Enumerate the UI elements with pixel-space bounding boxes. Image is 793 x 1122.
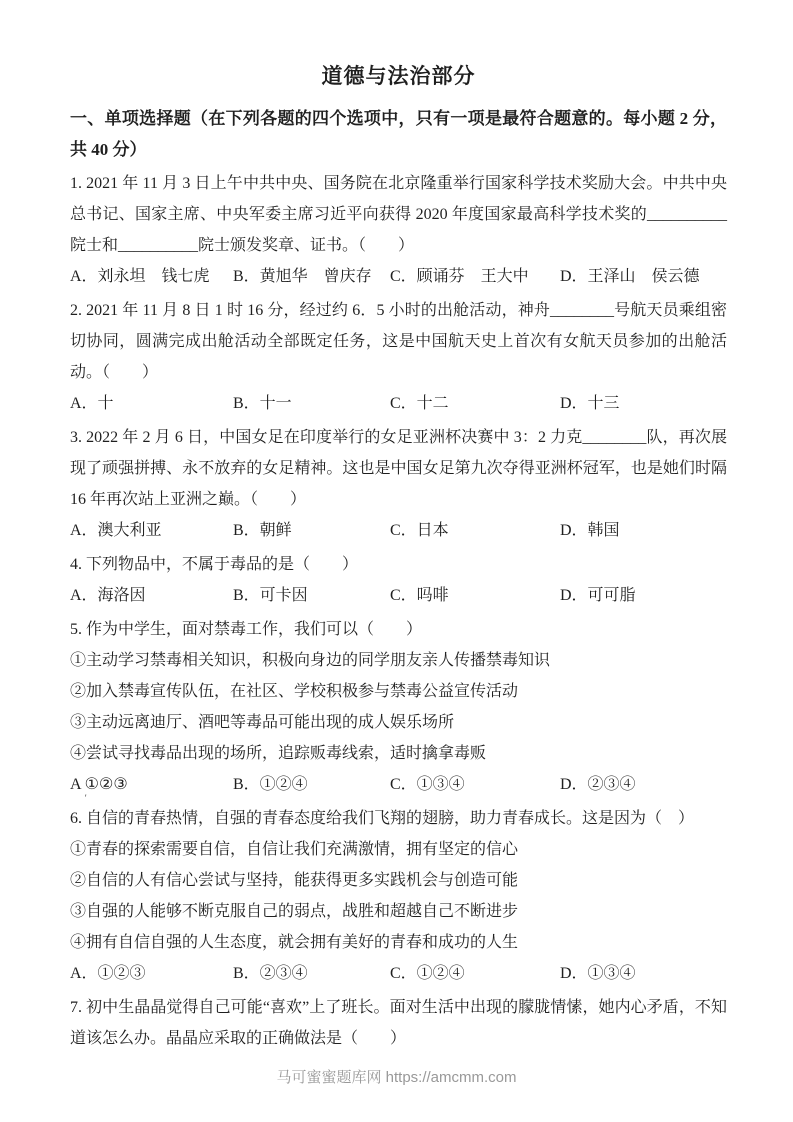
watermark-footer: 马可蜜蜜题库网 https://amcmm.com [0,1066,793,1087]
question-6-item-2: ②自信的人有信心尝试与坚持，能获得更多实践机会与创造可能 [70,865,727,896]
option-a: A．海洛因 [70,580,233,611]
question-2-text: 2. 2021 年 11 月 8 日 1 时 16 分，经过约 6．5 小时的出… [70,295,727,388]
question-7-text: 7. 初中生晶晶觉得自己可能“喜欢”上了班长。面对生活中出现的朦胧情愫，她内心矛… [70,992,727,1054]
option-a: A．刘永坦 钱七虎 [70,261,233,292]
question-5-options: A ①②③ B．①②④ C．①③④ D．②③④ [70,769,727,800]
section-heading: 一、单项选择题（在下列各题的四个选项中，只有一项是最符合题意的。每小题 2 分，… [70,103,727,165]
option-d: D．王泽山 侯云德 [560,261,727,292]
question-7: 7. 初中生晶晶觉得自己可能“喜欢”上了班长。面对生活中出现的朦胧情愫，她内心矛… [70,992,727,1054]
question-1: 1. 2021 年 11 月 3 日上午中共中央、国务院在北京隆重举行国家科学技… [70,168,727,292]
option-d: D．①③④ [560,958,727,989]
question-3-options: A．澳大利亚 B．朝鲜 C．日本 D．韩国 [70,515,727,546]
question-3-text: 3. 2022 年 2 月 6 日，中国女足在印度举行的女足亚洲杯决赛中 3：2… [70,422,727,515]
question-6: 6. 自信的青春热情，自强的青春态度给我们飞翔的翅膀，助力青春成长。这是因为（ … [70,803,727,989]
question-1-options: A．刘永坦 钱七虎 B．黄旭华 曾庆存 C．顾诵芬 王大中 D．王泽山 侯云德 [70,261,727,292]
option-d: D．②③④ [560,769,727,800]
question-3: 3. 2022 年 2 月 6 日，中国女足在印度举行的女足亚洲杯决赛中 3：2… [70,422,727,546]
option-b: B．①②④ [233,769,390,800]
option-a: A．①②③ [70,958,233,989]
question-6-options: A．①②③ B．②③④ C．①②④ D．①③④ [70,958,727,989]
option-b: B．可卡因 [233,580,390,611]
question-4-text: 4. 下列物品中，不属于毒品的是（ ） [70,549,727,580]
option-b: B．黄旭华 曾庆存 [233,261,390,292]
option-b: B．②③④ [233,958,390,989]
page-content: 道德与法治部分 一、单项选择题（在下列各题的四个选项中，只有一项是最符合题意的。… [70,62,727,1054]
question-1-text: 1. 2021 年 11 月 3 日上午中共中央、国务院在北京隆重举行国家科学技… [70,168,727,261]
question-4-options: A．海洛因 B．可卡因 C．吗啡 D．可可脂 [70,580,727,611]
option-a: A．澳大利亚 [70,515,233,546]
question-6-item-4: ④拥有自信自强的人生态度，就会拥有美好的青春和成功的人生 [70,927,727,958]
question-5-text: 5. 作为中学生，面对禁毒工作，我们可以（ ） [70,614,727,645]
exam-page: 道德与法治部分 一、单项选择题（在下列各题的四个选项中，只有一项是最符合题意的。… [0,0,793,1122]
option-c: C．吗啡 [390,580,560,611]
option-c: C．日本 [390,515,560,546]
question-5-item-2: ②加入禁毒宣传队伍，在社区、学校积极参与禁毒公益宣传活动 [70,676,727,707]
question-6-text: 6. 自信的青春热情，自强的青春态度给我们飞翔的翅膀，助力青春成长。这是因为（ … [70,803,727,834]
option-d: D．可可脂 [560,580,727,611]
question-5-item-3: ③主动远离迪厅、酒吧等毒品可能出现的成人娱乐场所 [70,707,727,738]
question-5-item-1: ①主动学习禁毒相关知识，积极向身边的同学朋友亲人传播禁毒知识 [70,645,727,676]
question-5: 5. 作为中学生，面对禁毒工作，我们可以（ ） ①主动学习禁毒相关知识，积极向身… [70,614,727,800]
option-c: C．①③④ [390,769,560,800]
option-a: A．十 [70,388,233,419]
question-6-item-1: ①青春的探索需要自信，自信让我们充满激情，拥有坚定的信心 [70,834,727,865]
option-d: D．韩国 [560,515,727,546]
option-d: D．十三 [560,388,727,419]
question-2: 2. 2021 年 11 月 8 日 1 时 16 分，经过约 6．5 小时的出… [70,295,727,419]
option-c: C．①②④ [390,958,560,989]
page-title: 道德与法治部分 [70,62,727,90]
question-4: 4. 下列物品中，不属于毒品的是（ ） A．海洛因 B．可卡因 C．吗啡 D．可… [70,549,727,611]
option-c: C．十二 [390,388,560,419]
question-5-item-4: ④尝试寻找毒品出现的场所，追踪贩毒线索，适时擒拿毒贩 [70,738,727,769]
question-2-options: A．十 B．十一 C．十二 D．十三 [70,388,727,419]
option-b: B．朝鲜 [233,515,390,546]
option-a: A ①②③ [70,769,233,800]
question-6-item-3: ③自强的人能够不断克服自己的弱点，战胜和超越自己不断进步 [70,896,727,927]
option-c: C．顾诵芬 王大中 [390,261,560,292]
option-b: B．十一 [233,388,390,419]
